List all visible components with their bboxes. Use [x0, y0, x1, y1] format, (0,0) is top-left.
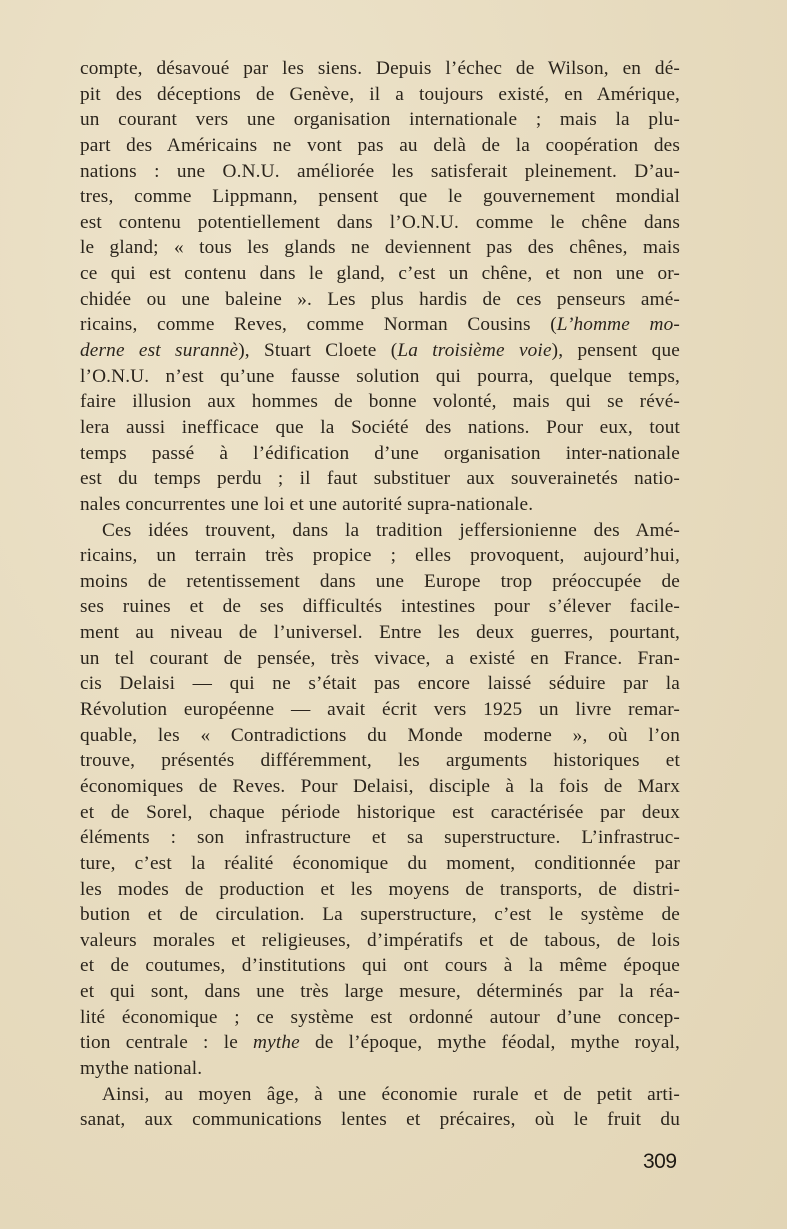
- text-line: et de Sorel, chaque période historique e…: [80, 800, 680, 826]
- text-line: ses ruines et de ses difficultés intesti…: [80, 594, 680, 620]
- emphasis-italic: mythe: [253, 1032, 300, 1053]
- text-line: sanat, aux communications lentes et préc…: [80, 1107, 680, 1133]
- text-segment: tion centrale : le: [80, 1032, 253, 1053]
- text-line: trouve, présentés différemment, les argu…: [80, 748, 680, 774]
- text-segment: ricains, comme Reves, comme Norman Cousi…: [80, 314, 557, 335]
- text-segment: de l’époque, mythe féodal, mythe royal,: [300, 1032, 680, 1053]
- paragraph-2: Ces idées trouvent, dans la tradition je…: [80, 518, 680, 1082]
- paragraph-1: compte, désavoué par les siens. Depuis l…: [80, 56, 680, 518]
- page-body: compte, désavoué par les siens. Depuis l…: [80, 56, 680, 1133]
- book-title-italic: derne est surannè: [80, 340, 238, 361]
- text-line: ricains, comme Reves, comme Norman Cousi…: [80, 312, 680, 338]
- text-line: est du temps perdu ; il faut substituer …: [80, 466, 680, 492]
- text-line: et de coutumes, d’institutions qui ont c…: [80, 953, 680, 979]
- page-number: 309: [643, 1150, 677, 1174]
- text-line: l’O.N.U. n’est qu’une fausse solution qu…: [80, 364, 680, 390]
- paragraph-3: Ainsi, au moyen âge, à une économie rura…: [80, 1082, 680, 1133]
- text-line: éléments : son infrastructure et sa supe…: [80, 825, 680, 851]
- text-line: un tel courant de pensée, très vivace, a…: [80, 646, 680, 672]
- text-line: et qui sont, dans une très large mesure,…: [80, 979, 680, 1005]
- text-line: compte, désavoué par les siens. Depuis l…: [80, 56, 680, 82]
- text-line: Ces idées trouvent, dans la tradition je…: [80, 518, 680, 544]
- book-title-italic: La troisième voie: [397, 340, 551, 361]
- text-line: est contenu potentiellement dans l’O.N.U…: [80, 210, 680, 236]
- text-line: temps passé à l’édification d’une organi…: [80, 441, 680, 467]
- text-line: Ainsi, au moyen âge, à une économie rura…: [80, 1082, 680, 1108]
- text-line: bution et de circulation. La superstruct…: [80, 902, 680, 928]
- text-line: mythe national.: [80, 1056, 680, 1082]
- text-line: nations : une O.N.U. améliorée les satis…: [80, 159, 680, 185]
- text-line: ture, c’est la réalité économique du mom…: [80, 851, 680, 877]
- text-line: pit des déceptions de Genève, il a toujo…: [80, 82, 680, 108]
- text-line: tion centrale : le mythe de l’époque, my…: [80, 1030, 680, 1056]
- text-segment: ), pensent que: [552, 340, 680, 361]
- text-line: quable, les « Contradictions du Monde mo…: [80, 723, 680, 749]
- text-line: moins de retentissement dans une Europe …: [80, 569, 680, 595]
- book-title-italic: L’homme mo-: [557, 314, 680, 335]
- text-line: faire illusion aux hommes de bonne volon…: [80, 389, 680, 415]
- text-line: valeurs morales et religieuses, d’impéra…: [80, 928, 680, 954]
- text-line: tres, comme Lippmann, pensent que le gou…: [80, 184, 680, 210]
- text-line: ment au niveau de l’universel. Entre les…: [80, 620, 680, 646]
- text-line: les modes de production et les moyens de…: [80, 877, 680, 903]
- text-line: nales concurrentes une loi et une autori…: [80, 492, 680, 518]
- text-line: économiques de Reves. Pour Delaisi, disc…: [80, 774, 680, 800]
- text-line: derne est surannè), Stuart Cloete (La tr…: [80, 338, 680, 364]
- text-line: cis Delaisi — qui ne s’était pas encore …: [80, 671, 680, 697]
- text-line: part des Américains ne vont pas au delà …: [80, 133, 680, 159]
- text-line: ce qui est contenu dans le gland, c’est …: [80, 261, 680, 287]
- text-line: un courant vers une organisation interna…: [80, 107, 680, 133]
- text-line: lera aussi inefficace que la Société des…: [80, 415, 680, 441]
- text-line: Révolution européenne — avait écrit vers…: [80, 697, 680, 723]
- text-segment: ), Stuart Cloete (: [238, 340, 397, 361]
- text-line: lité économique ; ce système est ordonné…: [80, 1005, 680, 1031]
- text-line: chidée ou une baleine ». Les plus hardis…: [80, 287, 680, 313]
- text-line: le gland; « tous les glands ne deviennen…: [80, 235, 680, 261]
- text-line: ricains, un terrain très propice ; elles…: [80, 543, 680, 569]
